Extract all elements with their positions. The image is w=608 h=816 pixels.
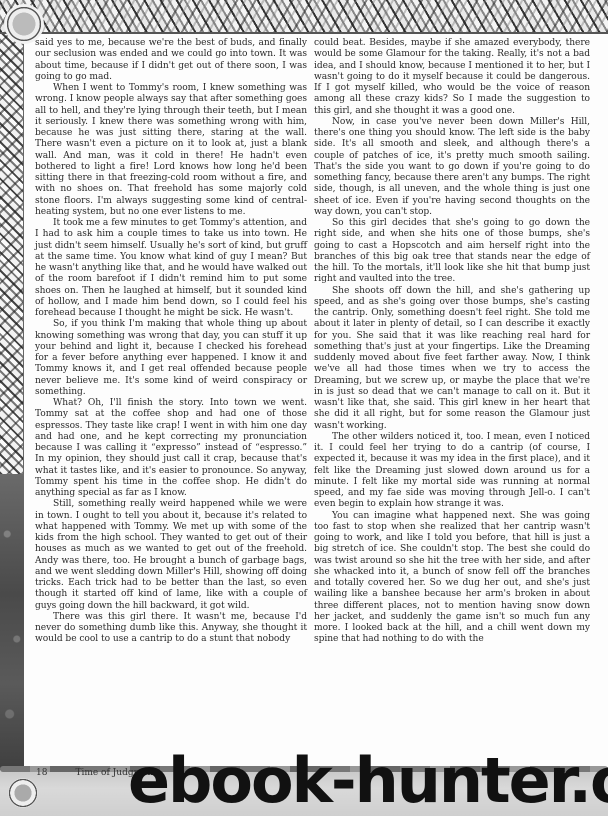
book-page: said yes to me, because we're the best o… xyxy=(0,0,608,816)
paragraph: Still, something really weird happened w… xyxy=(35,499,307,612)
watermark-text: ebook-hunter.org xyxy=(128,750,608,812)
medallion-ornament-icon xyxy=(4,4,44,44)
paragraph: You can imagine what happened next. She … xyxy=(314,511,590,646)
paragraph: So this girl decides that she's going to… xyxy=(314,218,590,286)
celtic-knot-left-border xyxy=(0,34,24,474)
paragraph: There was this girl there. It wasn't me,… xyxy=(35,612,307,646)
paragraph: What? Oh, I'll finish the story. Into to… xyxy=(35,398,307,499)
stone-texture-left-border xyxy=(0,474,24,774)
text-column-left: said yes to me, because we're the best o… xyxy=(35,38,307,646)
paragraph: So, if you think I'm making that whole t… xyxy=(35,319,307,398)
page-number: 18 xyxy=(36,768,47,778)
paragraph: said yes to me, because we're the best o… xyxy=(35,38,307,83)
text-column-right: could beat. Besides, maybe if she amazed… xyxy=(314,38,590,646)
celtic-knot-top-border xyxy=(0,0,608,34)
paragraph: When I went to Tommy's room, I knew some… xyxy=(35,83,307,218)
footer-medallion-icon xyxy=(8,778,38,808)
paragraph: It took me a few minutes to get Tommy's … xyxy=(35,218,307,319)
paragraph: could beat. Besides, maybe if she amazed… xyxy=(314,38,590,117)
paragraph: She shoots off down the hill, and she's … xyxy=(314,286,590,432)
paragraph: Now, in case you've never been down Mill… xyxy=(314,117,590,218)
paragraph: The other wilders noticed it, too. I mea… xyxy=(314,432,590,511)
